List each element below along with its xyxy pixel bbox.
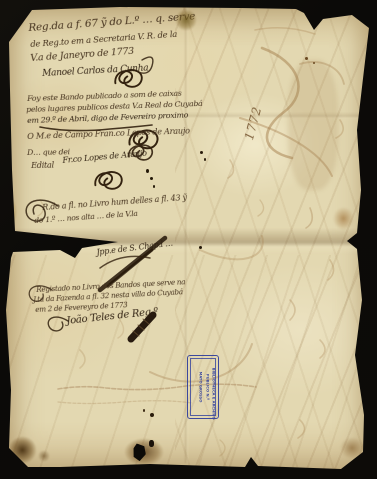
ink-speck <box>200 151 203 154</box>
archive-stamp-frame: BIBLIOTHECA E ARCHIVO PUBLICO N.º MATO G… <box>187 355 219 419</box>
faint-footer-scribbles <box>58 384 256 403</box>
stamp-line: PUBLICO N.º <box>205 368 209 406</box>
ink-speck <box>199 246 202 249</box>
ink-speck <box>305 57 308 60</box>
stain-bottom-left <box>8 436 40 464</box>
scanned-manuscript-photo: Reg.da a f. 67 ỹ do L.º … q. serve de Re… <box>0 0 377 479</box>
stain-left-edge <box>0 196 17 228</box>
stain-right-edge <box>333 207 354 230</box>
smudge-right-column <box>288 60 338 190</box>
archive-stamp-text: BIBLIOTHECA E ARCHIVO PUBLICO N.º MATO G… <box>196 356 215 418</box>
manuscript-line: Edital <box>31 160 54 170</box>
manuscript-paper: Reg.da a f. 67 ỹ do L.º … q. serve de Re… <box>0 0 377 479</box>
ink-speck <box>150 177 153 180</box>
ink-speck <box>150 413 154 417</box>
ink-speck <box>313 62 315 64</box>
ink-speck <box>143 409 145 412</box>
ink-speck <box>153 185 155 188</box>
stain-bottom-left-small <box>38 450 50 462</box>
archive-stamp: BIBLIOTHECA E ARCHIVO PUBLICO N.º MATO G… <box>187 355 219 419</box>
stain-top-left <box>4 6 30 36</box>
ink-speck <box>146 169 149 173</box>
stamp-line: BIBLIOTHECA E ARCHIVO <box>211 368 215 406</box>
paper-hole-small <box>149 440 154 447</box>
stamp-line: MATO GROSSO <box>199 368 203 406</box>
ink-speck <box>204 158 206 161</box>
stain-bottom-right <box>340 437 364 459</box>
